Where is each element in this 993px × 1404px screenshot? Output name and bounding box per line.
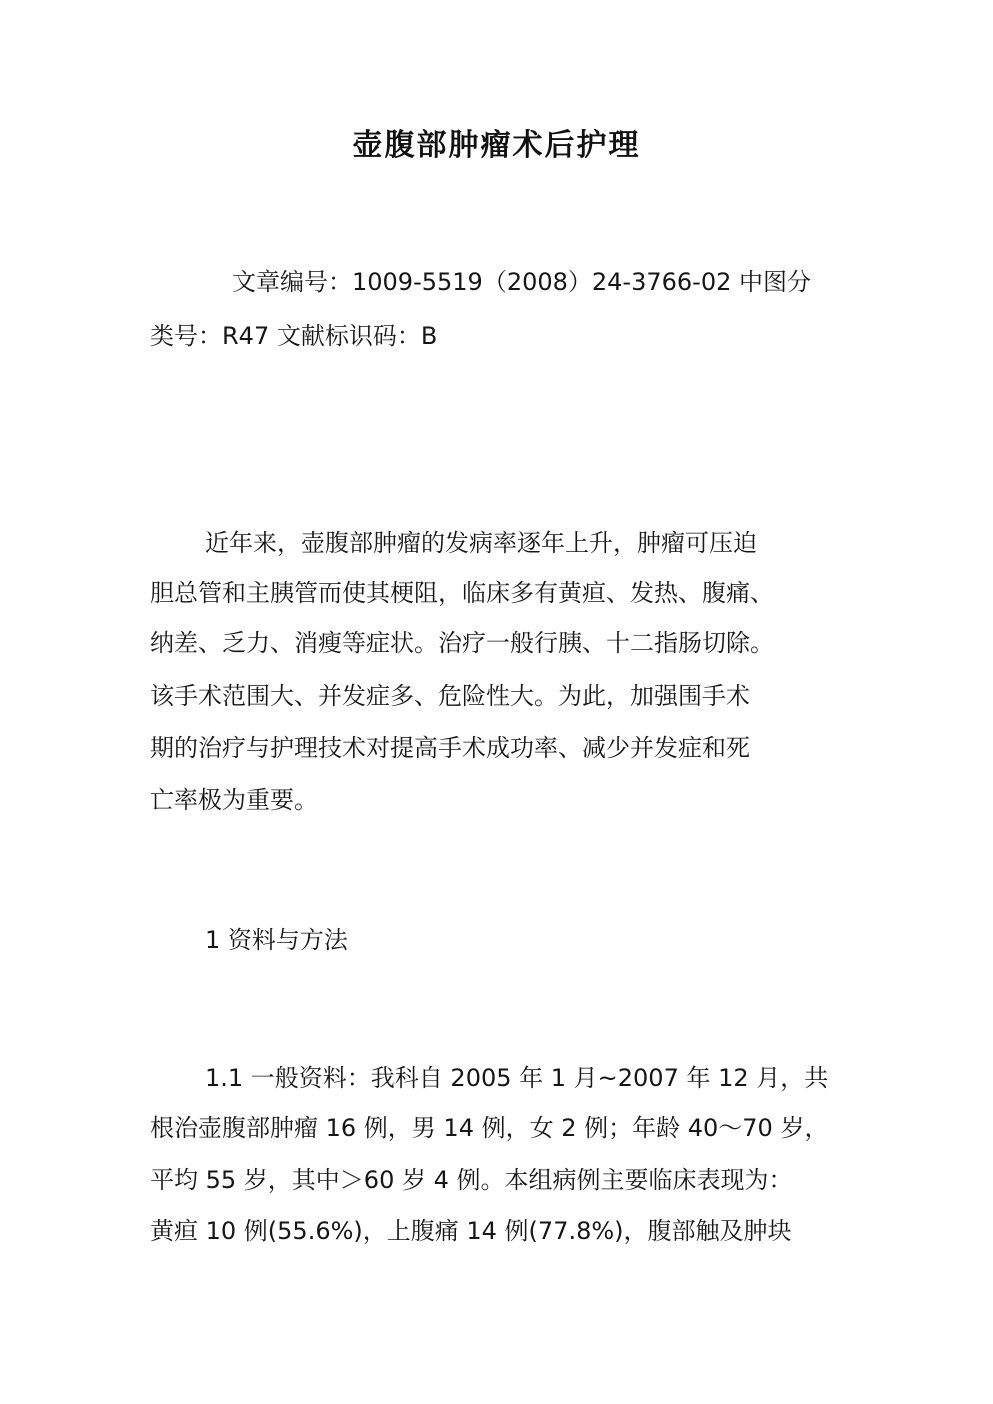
section-heading: 1 资料与方法 xyxy=(205,922,348,958)
paragraph-line: 黄疸 10 例(55.6%)，上腹痛 14 例(77.8%)，腹部触及肿块 xyxy=(150,1213,792,1249)
paragraph-line: 近年来，壶腹部肿瘤的发病率逐年上升，肿瘤可压迫 xyxy=(205,525,757,561)
paragraph-line: 根治壶腹部肿瘤 16 例，男 14 例，女 2 例；年龄 40～70 岁， xyxy=(150,1110,828,1146)
meta-line-1: 文章编号：1009-5519（2008）24-3766-02 中图分 xyxy=(232,264,811,300)
paragraph-line: 该手术范围大、并发症多、危险性大。为此，加强围手术 xyxy=(150,678,750,714)
paragraph-line: 平均 55 岁，其中＞60 岁 4 例。本组病例主要临床表现为： xyxy=(150,1162,793,1198)
document-page: 壶腹部肿瘤术后护理 文章编号：1009-5519（2008）24-3766-02… xyxy=(0,0,993,1404)
paragraph-line: 亡率极为重要。 xyxy=(150,782,318,818)
paragraph-line: 胆总管和主胰管而使其梗阻，临床多有黄疸、发热、腹痛、 xyxy=(150,575,774,611)
paragraph-line: 期的治疗与护理技术对提高手术成功率、减少并发症和死 xyxy=(150,730,750,766)
paragraph-line: 纳差、乏力、消瘦等症状。治疗一般行胰、十二指肠切除。 xyxy=(150,625,774,661)
document-title: 壶腹部肿瘤术后护理 xyxy=(0,124,993,168)
paragraph-line: 1.1 一般资料：我科自 2005 年 1 月~2007 年 12 月，共 xyxy=(205,1060,828,1096)
meta-line-2: 类号：R47 文献标识码：B xyxy=(150,318,437,354)
